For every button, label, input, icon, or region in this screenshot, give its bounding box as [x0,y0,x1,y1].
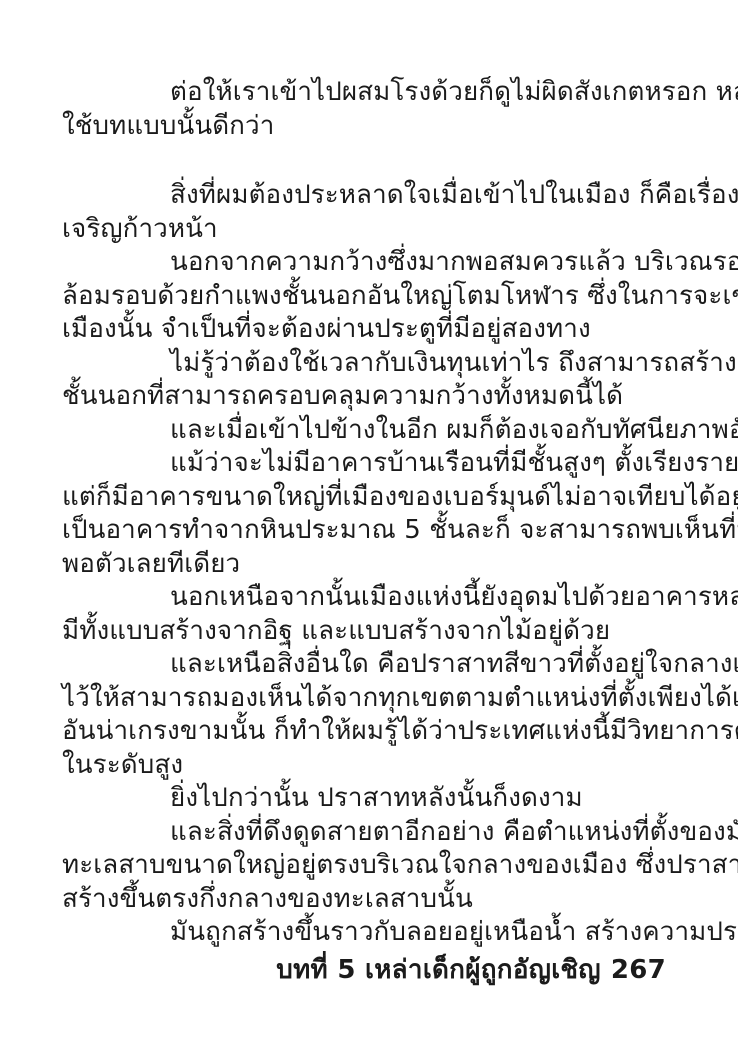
text-line: ยิ่งไปกว่านั้น ปราสาทหลังนั้นก็งดงาม [62,782,684,816]
text-line: และเหนือสิ่งอื่นใด คือปราสาทสีขาวที่ตั้ง… [62,648,684,682]
text-line: สิ่งที่ผมต้องประหลาดใจเมื่อเข้าไปในเมือง… [62,179,684,213]
text-line: สร้างขึ้นตรงกึ่งกลางของทะเลสาบนั้น [62,883,684,917]
text-line: เจริญก้าวหน้า [62,213,684,247]
text-line: พอตัวเลยทีเดียว [62,548,684,582]
paragraph: และเหนือสิ่งอื่นใด คือปราสาทสีขาวที่ตั้ง… [62,648,684,782]
text-line: มันถูกสร้างขึ้นราวกับลอยอยู่เหนือน้ำ สร้… [62,916,684,950]
page-number: 267 [611,955,666,985]
text-line: ทะเลสาบขนาดใหญ่อยู่ตรงบริเวณใจกลางของเมื… [62,849,684,883]
paragraph: แม้ว่าจะไม่มีอาคารบ้านเรือนที่มีชั้นสูงๆ… [62,447,684,581]
text-line: นอกจากความกว้างซึ่งมากพอสมควรแล้ว บริเวณ… [62,246,684,280]
text-line: ต่อให้เราเข้าไปผสมโรงด้วยก็ดูไม่ผิดสังเก… [62,76,684,110]
text-line: ไว้ให้สามารถมองเห็นได้จากทุกเขตตามตำแหน่… [62,682,684,716]
chapter-title: บทที่ 5 เหล่าเด็กผู้ถูกอัญเชิญ [276,955,601,985]
text-line: และสิ่งที่ดึงดูดสายตาอีกอย่าง คือตำแหน่ง… [62,816,684,850]
text-line: นอกเหนือจากนั้นเมืองแห่งนี้ยังอุดมไปด้วย… [62,581,684,615]
paragraph: นอกจากความกว้างซึ่งมากพอสมควรแล้ว บริเวณ… [62,246,684,347]
book-page: ต่อให้เราเข้าไปผสมโรงด้วยก็ดูไม่ผิดสังเก… [0,0,738,1051]
paragraph: นอกเหนือจากนั้นเมืองแห่งนี้ยังอุดมไปด้วย… [62,581,684,648]
text-line: ใช้บทแบบนั้นดีกว่า [62,110,684,144]
paragraph: ไม่รู้ว่าต้องใช้เวลากับเงินทุนเท่าไร ถึง… [62,347,684,414]
text-line: แต่ก็มีอาคารขนาดใหญ่ที่เมืองของเบอร์มุนด… [62,481,684,515]
paragraph: และเมื่อเข้าไปข้างในอีก ผมก็ต้องเจอกับทั… [62,414,684,448]
page-footer: บทที่ 5 เหล่าเด็กผู้ถูกอัญเชิญ267 [276,949,666,990]
text-line: ล้อมรอบด้วยกำแพงชั้นนอกอันใหญ่โตมโหฬาร ซ… [62,280,684,314]
text-line: ไม่รู้ว่าต้องใช้เวลากับเงินทุนเท่าไร ถึง… [62,347,684,381]
paragraph: และสิ่งที่ดึงดูดสายตาอีกอย่าง คือตำแหน่ง… [62,816,684,917]
text-line: และเมื่อเข้าไปข้างในอีก ผมก็ต้องเจอกับทั… [62,414,684,448]
paragraph: มันถูกสร้างขึ้นราวกับลอยอยู่เหนือน้ำ สร้… [62,916,684,950]
text-line: มีทั้งแบบสร้างจากอิฐ และแบบสร้างจากไม้อย… [62,615,684,649]
text-line: เป็นอาคารทำจากหินประมาณ 5 ชั้นละก็ จะสาม… [62,514,684,548]
text-line: แม้ว่าจะไม่มีอาคารบ้านเรือนที่มีชั้นสูงๆ… [62,447,684,481]
paragraph: ยิ่งไปกว่านั้น ปราสาทหลังนั้นก็งดงาม [62,782,684,816]
page-body: ต่อให้เราเข้าไปผสมโรงด้วยก็ดูไม่ผิดสังเก… [62,76,684,950]
text-line: อันน่าเกรงขามนั้น ก็ทำให้ผมรู้ได้ว่าประเ… [62,715,684,749]
paragraph: สิ่งที่ผมต้องประหลาดใจเมื่อเข้าไปในเมือง… [62,179,684,246]
paragraph: ต่อให้เราเข้าไปผสมโรงด้วยก็ดูไม่ผิดสังเก… [62,76,684,143]
text-line: ในระดับสูง [62,749,684,783]
text-line: เมืองนั้น จำเป็นที่จะต้องผ่านประตูที่มีอ… [62,313,684,347]
text-line: ชั้นนอกที่สามารถครอบคลุมความกว้างทั้งหมด… [62,380,684,414]
